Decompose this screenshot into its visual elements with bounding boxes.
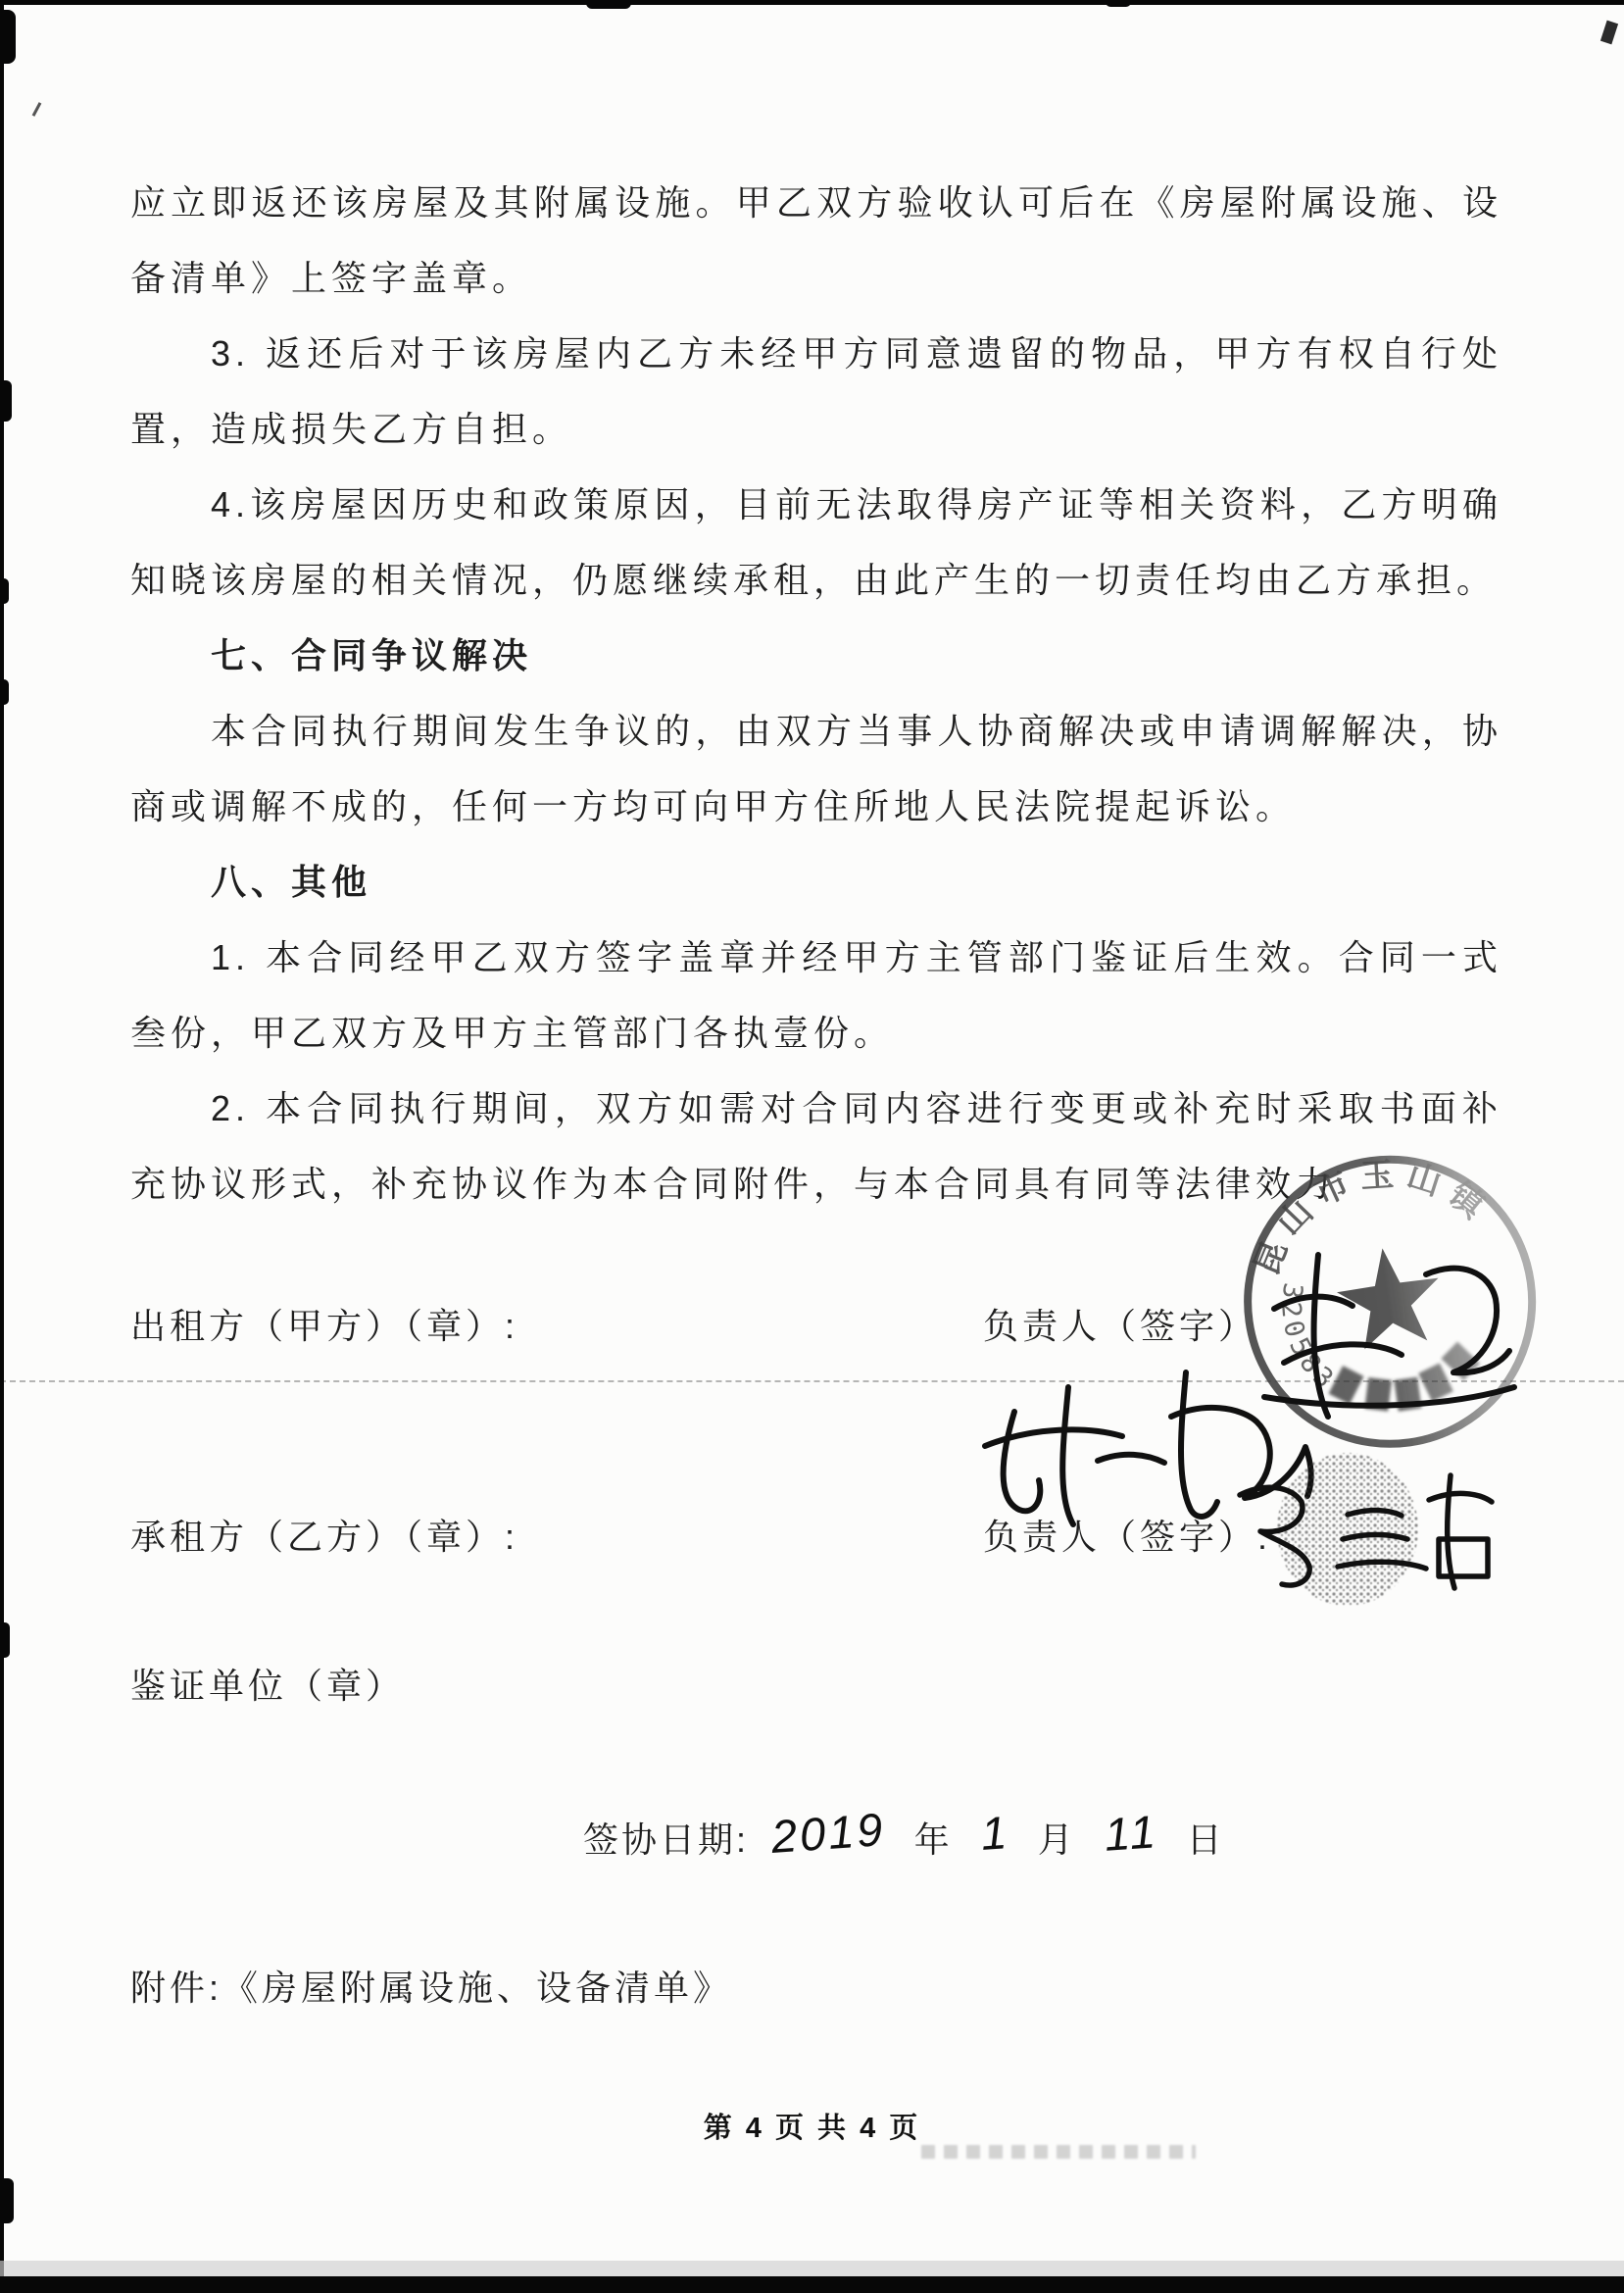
- contract-body: 应立即返还该房屋及其附属设施。甲乙双方验收认可后在《房屋附属设施、设备清单》上签…: [130, 165, 1502, 1221]
- lessee-label: 承租方（乙方）（章）:: [130, 1510, 518, 1560]
- month-unit: 月: [1038, 1819, 1076, 1860]
- scan-edge-bottom: [0, 2276, 1624, 2293]
- scan-blob: [0, 679, 9, 705]
- handwritten-day: 11: [1103, 1804, 1160, 1862]
- scan-speck: [32, 102, 42, 117]
- party-b-handwritten-signature: [1215, 1441, 1549, 1637]
- scan-edge-top: [0, 0, 1624, 5]
- scan-blob: [0, 380, 12, 422]
- attachment-note: 附件:《房屋附属设施、设备清单》: [130, 1961, 732, 2011]
- scanned-contract-page: 应立即返还该房屋及其附属设施。甲乙双方验收认可后在《房屋附属设施、设备清单》上签…: [0, 0, 1624, 2293]
- scan-blob: [1600, 21, 1618, 45]
- section-heading-dispute: 七、合同争议解决: [130, 618, 1502, 693]
- section-heading-other: 八、其他: [130, 844, 1502, 920]
- paragraph-dispute-body: 本合同执行期间发生争议的，由双方当事人协商解决或申请调解解决，协商或调解不成的，…: [130, 693, 1502, 844]
- day-unit: 日: [1187, 1819, 1225, 1860]
- witness-label: 鉴证单位（章）: [130, 1659, 405, 1709]
- paragraph-return-house: 应立即返还该房屋及其附属设施。甲乙双方验收认可后在《房屋附属设施、设备清单》上签…: [130, 165, 1502, 316]
- scan-smudge: [921, 2145, 1196, 2159]
- scan-blob: [0, 578, 9, 604]
- scan-blob: [0, 1622, 10, 1658]
- year-unit: 年: [914, 1819, 953, 1860]
- scan-blob: [0, 10, 16, 64]
- paragraph-clause-3: 3. 返还后对于该房屋内乙方未经甲方同意遗留的物品，甲方有权自行处置，造成损失乙…: [130, 316, 1502, 467]
- scan-edge-bottom-gray: [0, 2261, 1624, 2276]
- scan-blob: [0, 2178, 14, 2223]
- handwritten-year: 2019: [769, 1802, 887, 1864]
- paragraph-other-1: 1. 本合同经甲乙双方签字盖章并经甲方主管部门鉴证后生效。合同一式叁份，甲乙双方…: [130, 920, 1502, 1071]
- signing-date-line: 签协日期: 2019 年 1 月 11 日: [583, 1809, 1231, 1863]
- scan-edge-left: [0, 0, 4, 2293]
- page-number-footer: 第 4 页 共 4 页: [0, 2106, 1624, 2146]
- paragraph-clause-4: 4.该房屋因历史和政策原因，目前无法取得房产证等相关资料，乙方明确知晓该房屋的相…: [130, 467, 1502, 618]
- handwritten-month: 1: [979, 1805, 1011, 1861]
- date-prefix: 签协日期:: [583, 1819, 749, 1860]
- scan-blob: [586, 0, 631, 9]
- lessor-label: 出租方（甲方）（章）:: [130, 1299, 518, 1349]
- scan-blob: [1106, 0, 1131, 7]
